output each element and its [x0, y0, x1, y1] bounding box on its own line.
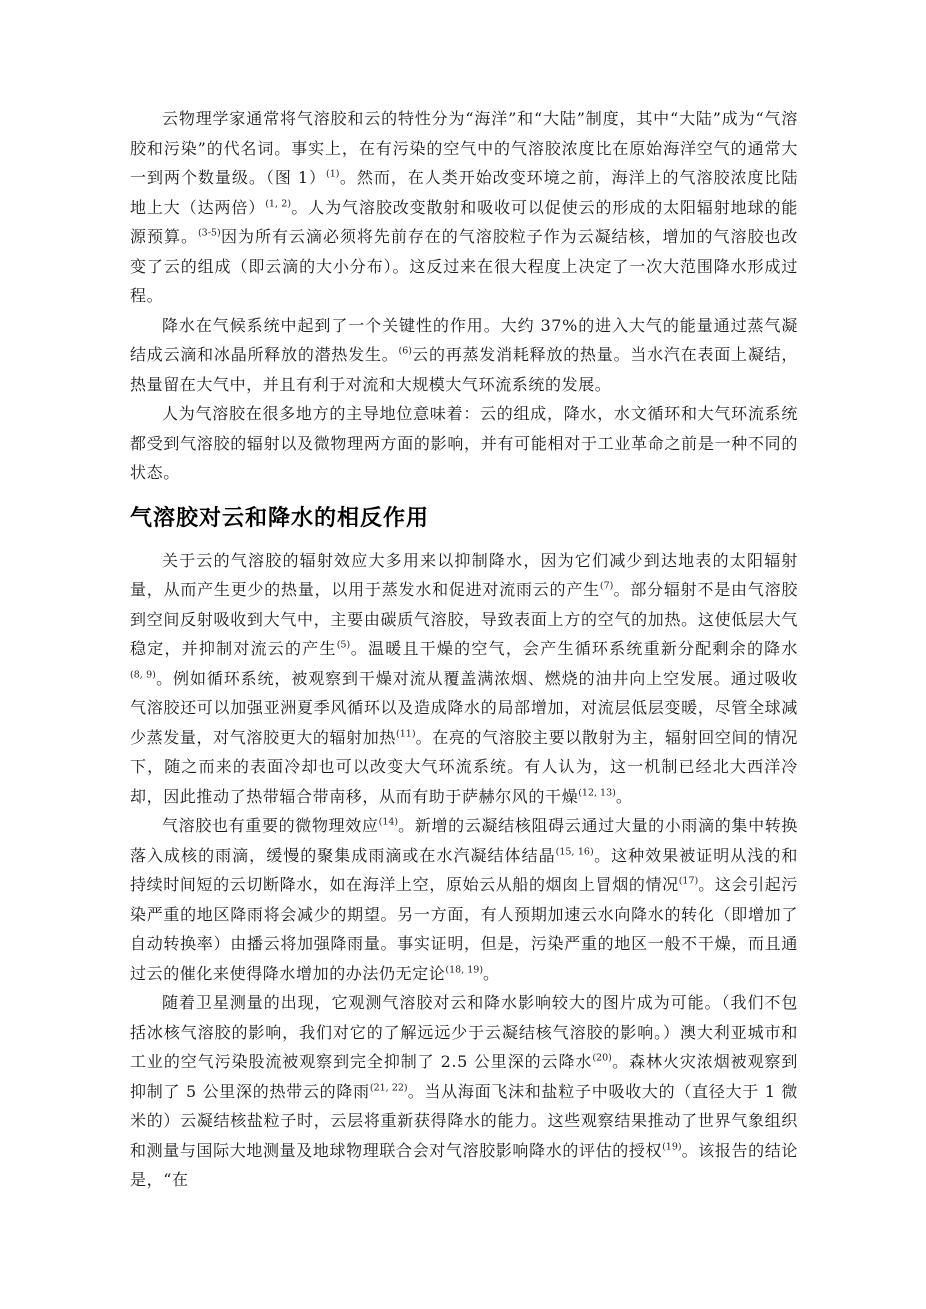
citation-superscript: (21, 22): [370, 1082, 408, 1093]
paragraph-microphysical-effects: 气溶胶也有重要的微物理效应(14)。新增的云凝结核阻碍云通过大量的小雨滴的集中转…: [130, 811, 798, 988]
citation-superscript: (11): [396, 728, 416, 739]
citation-superscript: (19): [662, 1141, 682, 1152]
citation-superscript: (6): [399, 346, 412, 357]
paragraph-satellite-observations: 随着卫星测量的出现，它观测气溶胶对云和降水影响较大的图片成为可能。（我们不包括冰…: [130, 988, 798, 1195]
paragraph-aerosol-regimes: 云物理学家通常将气溶胶和云的特性分为“海洋”和“大陆”制度，其中“大陆”成为“气…: [130, 104, 798, 311]
text-run: 。温暖且干燥的空气，会产生循环系统重新分配剩余的降水: [350, 639, 798, 658]
citation-superscript: (1): [326, 169, 339, 180]
citation-superscript: (8, 9): [130, 669, 156, 680]
citation-superscript: (12, 13): [578, 787, 616, 798]
paragraph-anthropogenic-dominance: 人为气溶胶在很多地方的主导地位意味着：云的组成，降水，水文循环和大气环流系统都受…: [130, 399, 798, 488]
citation-superscript: (1, 2): [265, 198, 291, 209]
text-run: 。: [616, 787, 633, 806]
text-run: 人为气溶胶在很多地方的主导地位意味着：云的组成，降水，水文循环和大气环流系统都受…: [130, 404, 798, 482]
citation-superscript: (15, 16): [556, 846, 594, 857]
citation-superscript: (18, 19): [445, 964, 483, 975]
citation-superscript: (17): [679, 876, 699, 887]
citation-superscript: (3-5): [198, 228, 221, 239]
paragraph-radiative-effects: 关于云的气溶胶的辐射效应大多用来以抑制降水，因为它们减少到达地表的太阳辐射量，从…: [130, 546, 798, 812]
paragraph-precipitation-climate-role: 降水在气候系统中起到了一个关键性的作用。大约 37%的进入大气的能量通过蒸气凝结…: [130, 311, 798, 400]
text-run: 。: [483, 964, 500, 983]
citation-superscript: (7): [600, 581, 613, 592]
document-page: 云物理学家通常将气溶胶和云的特性分为“海洋”和“大陆”制度，其中“大陆”成为“气…: [0, 0, 926, 1309]
text-run: 因为所有云滴必须将先前存在的气溶胶粒子作为云凝结核，增加的气溶胶也改变了云的组成…: [130, 227, 798, 305]
citation-superscript: (5): [337, 640, 350, 651]
section-heading-aerosol-opposing-effects: 气溶胶对云和降水的相反作用: [130, 503, 798, 535]
citation-superscript: (20): [592, 1053, 612, 1064]
text-run: 气溶胶也有重要的微物理效应: [162, 816, 379, 835]
citation-superscript: (14): [379, 817, 399, 828]
